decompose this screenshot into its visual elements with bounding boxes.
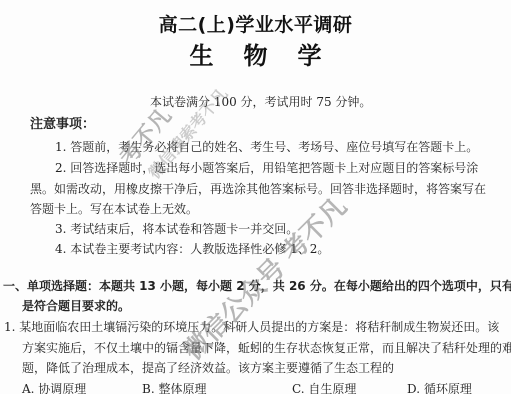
- question-1-stem-end: 题，降低了治理成本，提高了经济效益。该方案主要遵循了生态工程的: [22, 361, 394, 375]
- notice-item-2: 2. 回答选择题时，选出每小题答案后，用铅笔把答题卡上对应题目的答案标号涂: [55, 161, 478, 175]
- notice-item-4: 4. 本试卷主要考试内容：人教版选择性必修 1、2。: [55, 242, 329, 256]
- option-d: D. 循环原理: [407, 380, 472, 394]
- notice-heading: 注意事项：: [30, 118, 95, 132]
- exam-page: 高二(上)学业水平调研 生物学 本试卷满分 100 分，考试用时 75 分钟。 …: [0, 0, 511, 394]
- option-c: C. 自生原理: [292, 380, 356, 394]
- notice-item-2-cont: 黑。如需改动，用橡皮擦干净后，再选涂其他答案标号。回答非选择题时，将答案写在: [30, 182, 486, 196]
- option-a: A. 协调原理: [22, 380, 86, 394]
- section-heading: 一、单项选择题：本题共 13 小题，每小题 2 分，共 26 分。在每小题给出的…: [3, 279, 511, 293]
- question-1-stem-cont: 方案实施后，不仅土壤中的镉含量下降，蚯蚓的生存状态恢复正常，而且解决了秸秆处理的…: [22, 341, 511, 355]
- question-1-options: A. 协调原理 B. 整体原理 C. 自生原理 D. 循环原理: [22, 380, 502, 394]
- exam-subject: 生物学: [0, 36, 511, 71]
- notice-item-3: 3. 考试结束后，将本试卷和答题卡一并交回。: [55, 222, 298, 236]
- option-b: B. 整体原理: [142, 380, 206, 394]
- section-heading-cont: 是符合题目要求的。: [22, 299, 130, 313]
- exam-title: 高二(上)学业水平调研: [0, 10, 511, 37]
- exam-info: 本试卷满分 100 分，考试用时 75 分钟。: [150, 95, 371, 109]
- question-1-stem: 1. 某地面临农田土壤镉污染的环境压力。科研人员提出的方案是：将秸秆制成生物炭还…: [4, 320, 499, 334]
- notice-item-1: 1. 答题前，考生务必将自己的姓名、考生号、考场号、座位号填写在答题卡上。: [55, 140, 478, 154]
- notice-item-2-end: 答题卡上。写在本试卷上无效。: [30, 202, 198, 216]
